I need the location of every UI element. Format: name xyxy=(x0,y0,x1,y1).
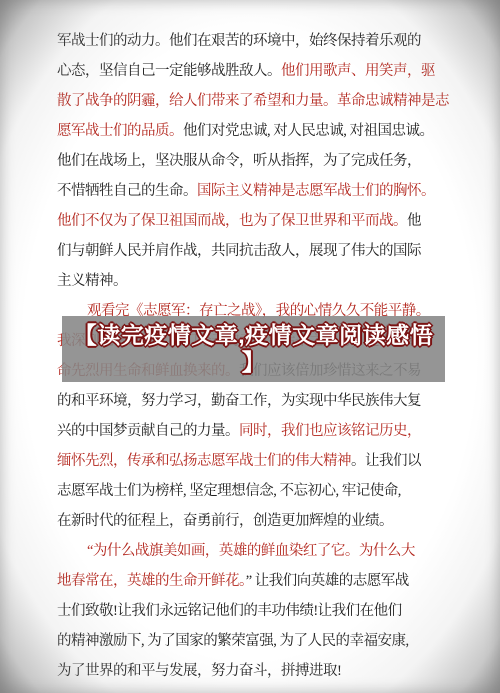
text-segment: 主义精神。 xyxy=(57,273,127,289)
text-segment: 国际主义精神是志愿军战士们的胸怀。 xyxy=(197,183,435,199)
text-line: 为了世界的和平与发展，努力奋斗，拼搏进取! xyxy=(57,656,455,686)
text-segment: 他们不仅为了保卫祖国而战，也为了保卫世界和平而战。 xyxy=(57,213,407,229)
text-segment: 他 xyxy=(407,213,421,229)
text-segment: 军战士们的动力。他们在艰苦的环境中，始终保持着乐观的 xyxy=(57,33,421,49)
text-segment: 的精神激励下, 为了国家的繁荣富强, 为了人民的幸福安康, xyxy=(57,633,409,649)
text-line: 士们致敬!让我们永远铭记他们的丰功伟绩!让我们在他们 xyxy=(57,596,455,626)
text-segment: 地春常在，英雄的生命开鲜花。 xyxy=(57,573,246,589)
text-segment: 同时，我们也应该铭记历史， xyxy=(239,423,421,439)
text-line: 兴的中国梦贡献自己的力量。同时，我们也应该铭记历史， xyxy=(57,416,455,446)
text-segment: 他们用歌声、用笑声，驱 xyxy=(281,63,435,79)
text-segment: 愿军战士们的品质。 xyxy=(57,123,183,139)
watermark-text-line1: 【读完疫情文章,疫情文章阅读感悟 xyxy=(74,322,433,349)
text-segment: 们与朝鲜人民并肩作战，共同抗击敌人，展现了伟大的国际 xyxy=(57,243,421,259)
watermark-text-line2: 】 xyxy=(242,349,266,376)
text-segment: 士们致敬!让我们永远铭记他们的丰功伟绩!让我们在他们 xyxy=(57,603,402,619)
text-segment: 在新时代的征程上，奋勇前行，创造更加辉煌的业绩。 xyxy=(57,513,393,529)
text-line: “为什么战旗美如画，英雄的鲜血染红了它。为什么大 xyxy=(57,536,455,566)
text-segment: ” 让我们向英雄的志愿军战 xyxy=(246,573,409,589)
text-segment: “为什么战旗美如画，英雄的鲜血染红了它。为什么大 xyxy=(87,543,415,559)
text-segment: 散了战争的阴霾，给人们带来了希望和力量。革命忠诚精神是志 xyxy=(57,93,449,109)
text-segment: 志愿军战士们为榜样, 坚定理想信念, 不忘初心, 牢记使命, xyxy=(57,483,401,499)
text-line: 他们不仅为了保卫祖国而战，也为了保卫世界和平而战。他 xyxy=(57,206,455,236)
text-line: 愿军战士们的品质。他们对党忠诚, 对人民忠诚, 对祖国忠诚。 xyxy=(57,116,455,146)
text-line: 的和平环境，努力学习，勤奋工作，为实现中华民族伟大复 xyxy=(57,386,455,416)
text-segment: 缅怀先烈，传承和弘扬志愿军战士们的伟大精神 xyxy=(57,453,351,469)
text-line: 们与朝鲜人民并肩作战，共同抗击敌人，展现了伟大的国际 xyxy=(57,236,455,266)
document-page: 军战士们的动力。他们在艰苦的环境中，始终保持着乐观的心态，坚信自己一定能够战胜敌… xyxy=(0,0,500,693)
text-line: 不惜牺牲自己的生命。国际主义精神是志愿军战士们的胸怀。 xyxy=(57,176,455,206)
text-segment: 兴的中国梦贡献自己的力量。 xyxy=(57,423,239,439)
text-segment: 不惜牺牲自己的生命。 xyxy=(57,183,197,199)
text-line: 他们在战场上，坚决服从命令，听从指挥，为了完成任务， xyxy=(57,146,455,176)
text-line: 的精神激励下, 为了国家的繁荣富强, 为了人民的幸福安康, xyxy=(57,626,455,656)
text-line: 军战士们的动力。他们在艰苦的环境中，始终保持着乐观的 xyxy=(57,26,455,56)
text-segment: 为了世界的和平与发展，努力奋斗，拼搏进取! xyxy=(57,663,341,679)
text-segment: 他们在战场上，坚决服从命令，听从指挥，为了完成任务， xyxy=(57,153,421,169)
text-line: 在新时代的征程上，奋勇前行，创造更加辉煌的业绩。 xyxy=(57,506,455,536)
text-line: 志愿军战士们为榜样, 坚定理想信念, 不忘初心, 牢记使命, xyxy=(57,476,455,506)
text-line: 地春常在，英雄的生命开鲜花。” 让我们向英雄的志愿军战 xyxy=(57,566,455,596)
text-segment: 的和平环境，努力学习，勤奋工作，为实现中华民族伟大复 xyxy=(57,393,421,409)
text-segment: 。让我们以 xyxy=(351,453,421,469)
text-line: 散了战争的阴霾，给人们带来了希望和力量。革命忠诚精神是志 xyxy=(57,86,455,116)
text-segment: 他们对党忠诚, 对人民忠诚, 对祖国忠诚。 xyxy=(183,123,434,139)
watermark-banner: 【读完疫情文章,疫情文章阅读感悟 】 xyxy=(62,316,445,382)
text-segment: 心态，坚信自己一定能够战胜敌人。 xyxy=(57,63,281,79)
text-line: 心态，坚信自己一定能够战胜敌人。他们用歌声、用笑声，驱 xyxy=(57,56,455,86)
text-line: 主义精神。 xyxy=(57,266,455,296)
text-line: 缅怀先烈，传承和弘扬志愿军战士们的伟大精神。让我们以 xyxy=(57,446,455,476)
